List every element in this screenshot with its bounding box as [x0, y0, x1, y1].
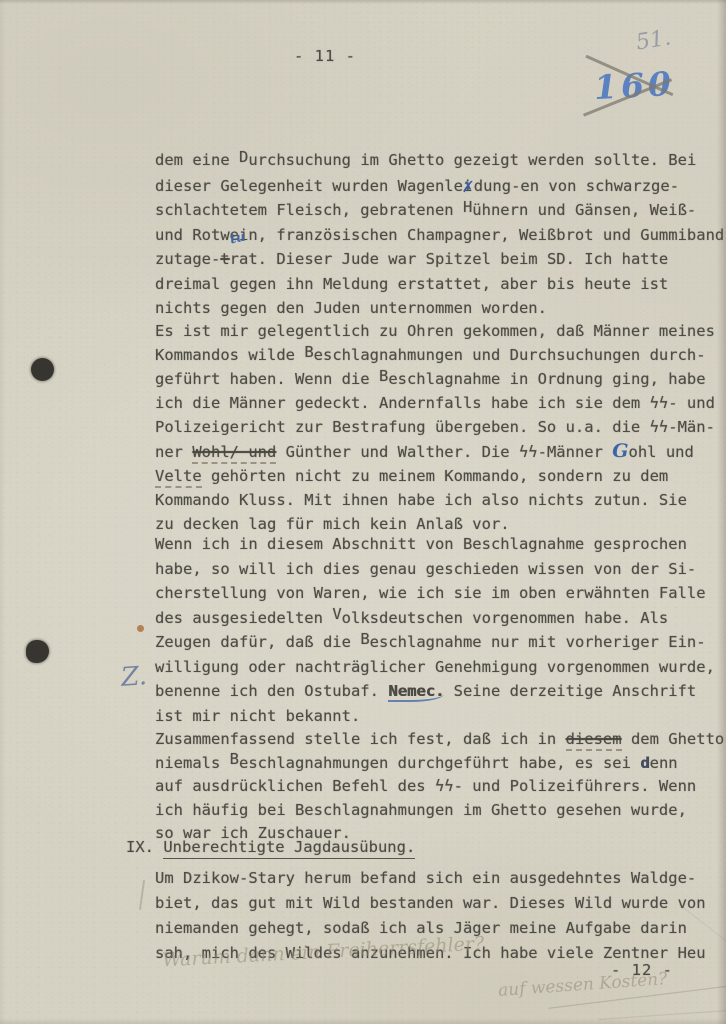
text-segment: urchsuchung im Ghetto gezeigt werden sol…: [248, 151, 696, 169]
text-line: schlachtetem Fleisch, gebratenen Hühnern…: [155, 198, 726, 223]
text-segment: benenne ich den Ostubaf.: [155, 682, 388, 700]
text-line: ist mir nicht bekannt.: [155, 704, 726, 729]
handwritten-insertion-trat: tu: [229, 230, 247, 248]
text-segment: V: [332, 605, 341, 623]
text-segment: ist mir nicht bekannt.: [155, 707, 360, 725]
text-segment: Zeugen dafür, daß die: [155, 633, 360, 651]
text-line: Kommandos wilde Beschlagnahmungen und Du…: [155, 343, 726, 367]
document-page: - 11 - 51. 160 dem eine Durchsuchung im …: [0, 0, 726, 1024]
paragraph-4: Zusammenfassend stelle ich fest, daß ich…: [155, 728, 726, 846]
text-segment: zutage-: [155, 250, 220, 268]
page-number-top: - 11 -: [294, 47, 356, 65]
text-segment: B: [304, 343, 313, 361]
text-segment: biet, das gut mit Wild bestanden war. Di…: [155, 894, 706, 912]
text-line: dreimal gegen ihn Meldung erstattet, abe…: [155, 272, 726, 297]
text-line: auf ausdrücklichen Befehl des ϟϟ- und Po…: [155, 775, 726, 799]
text-segment: auf ausdrücklichen Befehl des ϟϟ- und Po…: [155, 777, 696, 795]
text-line: willigung oder nachträglicher Genehmigun…: [155, 655, 726, 680]
handwritten-folio-pencil: 51.: [634, 25, 672, 55]
text-line: benenne ich den Ostubaf. Nemec. Seine de…: [155, 679, 726, 704]
text-segment: Seine derzeitige Anschrift: [444, 682, 696, 700]
text-line: Zusammenfassend stelle ich fest, daß ich…: [155, 728, 726, 752]
text-segment: nichts gegen den Juden unternommen worde…: [155, 299, 547, 317]
text-line: geführt haben. Wenn die Beschlagnahme in…: [155, 367, 726, 391]
text-segment: niemanden gehegt, sodaß ich als Jäger me…: [155, 919, 687, 937]
paper-crease: [598, 1009, 726, 1020]
text-segment: eschlagnahmungen und Durchsuchungen durc…: [314, 346, 706, 364]
text-segment: B: [379, 367, 388, 385]
text-segment: Wohl/ und: [192, 443, 276, 464]
text-line: nichts gegen den Juden unternommen worde…: [155, 296, 726, 321]
text-segment: dung-en von schwarzge-: [474, 177, 679, 195]
handwritten-folio-blue: 160: [593, 64, 676, 107]
text-line: ich häufig bei Beschlagnahmungen im Ghet…: [155, 799, 726, 823]
paragraph-2: Es ist mir gelegentlich zu Ohren gekomme…: [155, 319, 726, 536]
text-line: Kommando Kluss. Mit ihnen habe ich also …: [155, 488, 726, 512]
text-line: ner Wohl/ und Günther und Walther. Die ϟ…: [155, 439, 726, 464]
text-segment: des ausgesiedelten: [155, 609, 332, 627]
text-segment: eschlagnahme nur mit vorheriger Ein-: [370, 633, 706, 651]
text-segment: gehörten nicht zu meinem Kommando, sonde…: [202, 467, 669, 485]
punch-hole-top: [31, 358, 54, 381]
text-line: Wenn ich in diesem Abschnitt von Beschla…: [155, 532, 726, 557]
text-segment: ner: [155, 443, 192, 461]
text-segment: t: [220, 250, 229, 268]
text-line: zutage-trat. Dieser Jude war Spitzel bei…: [155, 247, 726, 272]
text-segment: Um Dzikow-Stary herum befand sich ein au…: [155, 869, 696, 887]
faint-pencil-stroke: [139, 880, 145, 910]
text-segment: enn: [650, 754, 678, 772]
text-segment: eschlagnahme in Ordnung ging, habe: [388, 370, 705, 388]
text-segment: schlachtetem Fleisch, gebratenen: [155, 201, 463, 219]
text-segment: cherstellung von Waren, wie ich sie im o…: [155, 584, 706, 602]
text-line: Polizeigericht zur Bestrafung übergeben.…: [155, 415, 726, 439]
handwritten-margin-z: Z.: [120, 661, 148, 693]
text-line: dem eine Durchsuchung im Ghetto gezeigt …: [155, 148, 726, 173]
text-segment: B: [360, 630, 369, 648]
text-segment: B: [230, 750, 239, 768]
text-line: niemals Beschlagnahmungen durchgeführt h…: [155, 752, 726, 776]
section-numeral: IX.: [126, 838, 163, 856]
text-line: Velte gehörten nicht zu meinem Kommando,…: [155, 464, 726, 488]
text-segment: dem Ghetto: [622, 730, 725, 748]
text-line: habe, so will ich dies genau geschieden …: [155, 557, 726, 582]
text-line: des ausgesiedelten Volksdeutschen vorgen…: [155, 606, 726, 631]
text-segment: d: [640, 754, 649, 772]
page-number-bottom: - 12 -: [611, 961, 673, 979]
text-segment: ohl und: [629, 443, 694, 461]
margin-dot-mark: [137, 625, 144, 632]
section-heading: IX. Unberechtigte Jagdausübung.: [126, 838, 415, 856]
text-segment: Kommandos wilde: [155, 346, 304, 364]
text-segment: niemals: [155, 754, 230, 772]
text-segment: Nemec.: [388, 682, 444, 702]
text-line: Zeugen dafür, daß die Beschlagnahme nur …: [155, 630, 726, 655]
text-line: dieser Gelegenheit wurden Wagenlei✗dung-…: [155, 173, 726, 199]
text-line: biet, das gut mit Wild bestanden war. Di…: [155, 891, 726, 916]
text-segment: olksdeutschen vorgenommen habe. Als: [342, 609, 669, 627]
punch-hole-bottom: [26, 640, 49, 663]
text-line: cherstellung von Waren, wie ich sie im o…: [155, 581, 726, 606]
text-segment: Günther und Walther. Die ϟϟ-Männer: [276, 443, 612, 461]
text-segment: dem eine: [155, 151, 239, 169]
section-title: Unberechtigte Jagdausübung.: [163, 838, 415, 859]
text-segment: eschlagnahmungen durchgeführt habe, es s…: [239, 754, 640, 772]
text-line: Es ist mir gelegentlich zu Ohren gekomme…: [155, 319, 726, 343]
text-segment: Wenn ich in diesem Abschnitt von Beschla…: [155, 535, 687, 553]
text-segment: zu decken lag für mich kein Anlaß vor.: [155, 515, 510, 533]
text-segment: Es ist mir gelegentlich zu Ohren gekomme…: [155, 322, 715, 340]
text-line: Um Dzikow-Stary herum befand sich ein au…: [155, 866, 726, 891]
text-segment: Kommando Kluss. Mit ihnen habe ich also …: [155, 491, 687, 509]
text-segment: habe, so will ich dies genau geschieden …: [155, 560, 696, 578]
text-segment: ich die Männer gedeckt. Andernfalls habe…: [155, 394, 715, 412]
text-segment: ich häufig bei Beschlagnahmungen im Ghet…: [155, 801, 687, 819]
text-segment: G: [612, 440, 628, 462]
text-segment: geführt haben. Wenn die: [155, 370, 379, 388]
text-segment: diesem: [566, 730, 622, 751]
text-segment: ühnern und Gänsen, Weiß-: [472, 201, 696, 219]
paragraph-3: Wenn ich in diesem Abschnitt von Beschla…: [155, 532, 726, 728]
text-segment: rat. Dieser Jude war Spitzel beim SD. Ic…: [230, 250, 669, 268]
text-segment: dreimal gegen ihn Meldung erstattet, abe…: [155, 275, 668, 293]
text-segment: dieser Gelegenheit wurden Wagenle: [155, 177, 463, 195]
text-segment: D: [239, 148, 248, 166]
text-segment: H: [463, 198, 472, 216]
text-segment: Polizeigericht zur Bestrafung übergeben.…: [155, 418, 715, 436]
text-segment: Velte: [155, 467, 202, 488]
text-line: ich die Männer gedeckt. Andernfalls habe…: [155, 391, 726, 415]
text-segment: willigung oder nachträglicher Genehmigun…: [155, 658, 715, 676]
text-segment: ✗: [462, 175, 473, 197]
text-segment: Zusammenfassend stelle ich fest, daß ich…: [155, 730, 566, 748]
